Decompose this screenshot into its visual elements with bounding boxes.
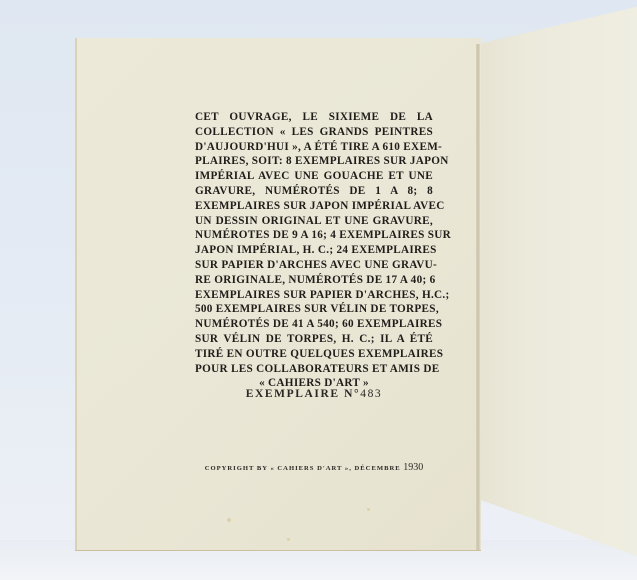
colophon-line: collection « les grands peintres	[195, 125, 433, 140]
colophon-line: sur vélin de torpes, h. c.; il a été	[195, 332, 433, 347]
book-spine	[476, 44, 480, 550]
copyright-text: COPYRIGHT BY « CAHIERS D'ART », DÉCEMBRE	[205, 465, 401, 472]
colophon-line: d'aujourd'hui », a été tire a 610 exem-	[195, 140, 433, 155]
colophon-line: japon impérial, h. c.; 24 exemplaires	[195, 243, 433, 258]
colophon-line: impérial avec une gouache et une	[195, 169, 433, 184]
colophon-line: numérotes de 9 a 16; 4 exemplaires sur	[195, 228, 433, 243]
colophon-line: pour les collaborateurs et amis de	[195, 362, 433, 377]
copyright-line: COPYRIGHT BY « CAHIERS D'ART », DÉCEMBRE…	[195, 462, 433, 473]
exemplaire-label: EXEMPLAIRE N°	[246, 388, 361, 400]
colophon-line: plaires, soit: 8 exemplaires sur japon	[195, 154, 433, 169]
right-page	[478, 4, 637, 560]
colophon-line: gravure, numérotés de 1 a 8; 8	[195, 184, 433, 199]
colophon-line: numérotés de 41 a 540; 60 exemplaires	[195, 317, 433, 332]
foxing-stain	[227, 518, 231, 522]
exemplaire-value: 483	[360, 388, 382, 400]
colophon-line: re originale, numérotés de 17 a 40; 6	[195, 273, 433, 288]
colophon-line: 500 exemplaires sur vélin de torpes,	[195, 302, 433, 317]
colophon-line: exemplaires sur papier d'arches, h.c.;	[195, 288, 433, 303]
colophon-line: Cet ouvrage, le sixieme de la	[195, 110, 433, 125]
colophon-line: un dessin original et une gravure,	[195, 214, 433, 229]
colophon-line: tiré en outre quelques exemplaires	[195, 347, 433, 362]
colophon-line: exemplaires sur japon impérial avec	[195, 199, 433, 214]
colophon-text: Cet ouvrage, le sixieme de la collection…	[195, 110, 433, 391]
foxing-stain	[367, 508, 370, 511]
exemplaire-number: EXEMPLAIRE N°483	[195, 388, 433, 400]
copyright-year: 1930	[403, 462, 423, 473]
colophon-line: sur papier d'arches avec une gravu-	[195, 258, 433, 273]
foxing-stain	[287, 538, 290, 541]
